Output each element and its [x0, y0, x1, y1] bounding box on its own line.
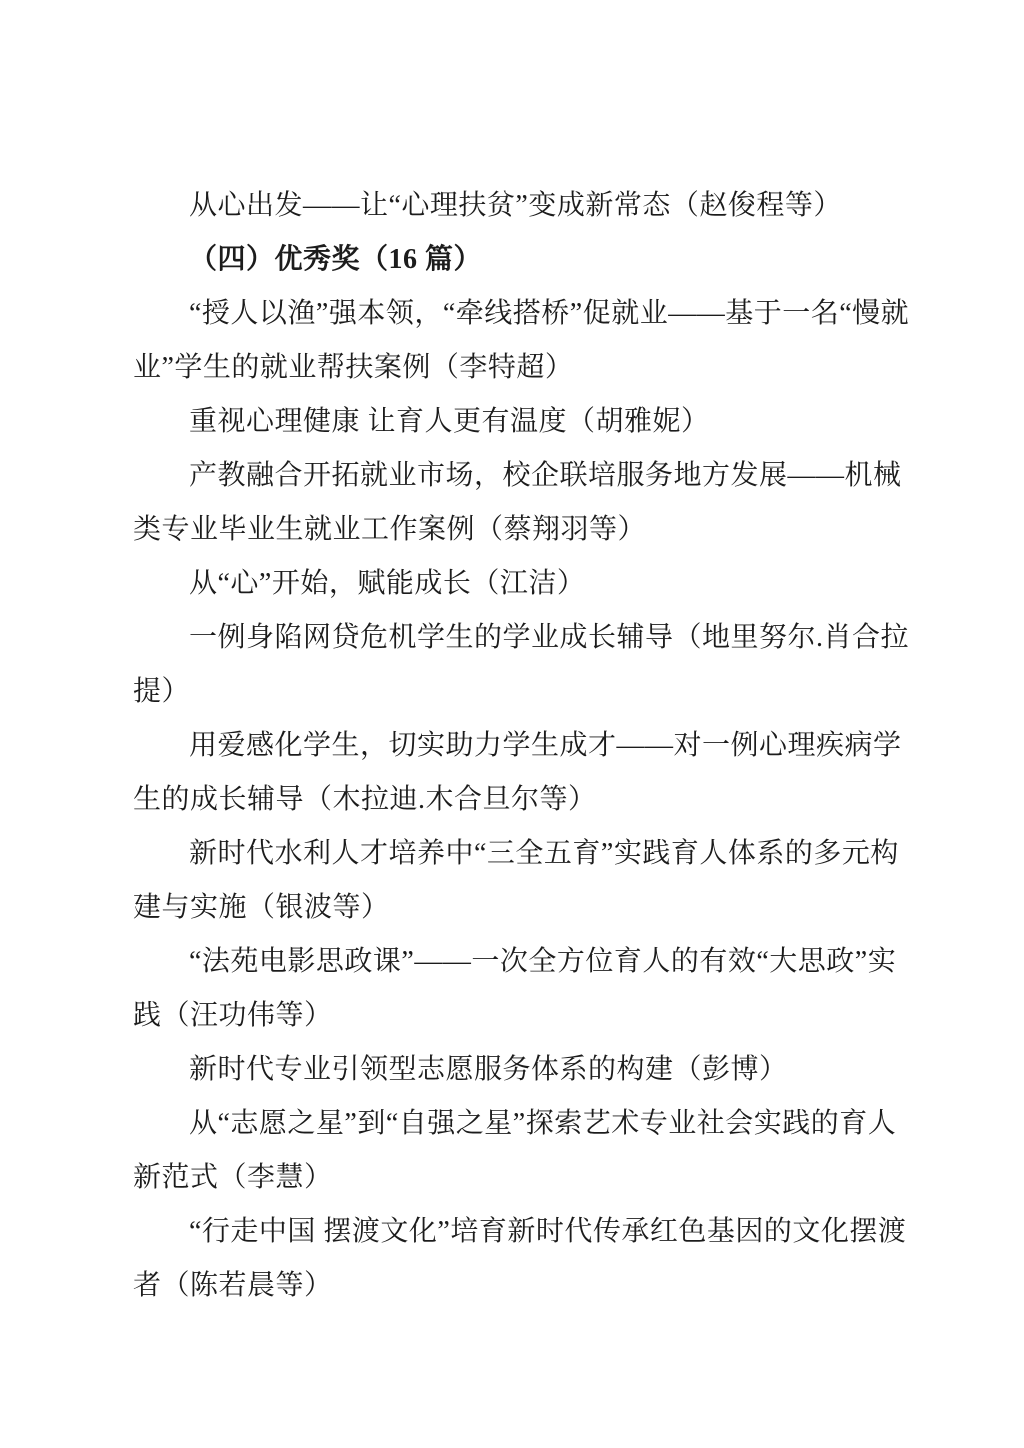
section-heading: （四）优秀奖（16 篇） [133, 233, 899, 287]
paragraph-line: 一例身陷网贷危机学生的学业成长辅导（地里努尔.肖合拉 [133, 611, 899, 665]
paragraph-line: 产教融合开拓就业市场，校企联培服务地方发展——机械 [133, 449, 899, 503]
paragraph-line: 从心出发——让“心理扶贫”变成新常态（赵俊程等） [133, 179, 899, 233]
paragraph-line: 生的成长辅导（木拉迪.木合旦尔等） [133, 773, 899, 827]
paragraph-line: 业”学生的就业帮扶案例（李特超） [133, 341, 899, 395]
paragraph-line: 新范式（李慧） [133, 1151, 899, 1205]
paragraph-line: 践（汪功伟等） [133, 989, 899, 1043]
document-page: 从心出发——让“心理扶贫”变成新常态（赵俊程等） （四）优秀奖（16 篇） “授… [0, 0, 1024, 1448]
paragraph-line: 建与实施（银波等） [133, 881, 899, 935]
paragraph-line: 重视心理健康 让育人更有温度（胡雅妮） [133, 395, 899, 449]
paragraph-line: “法苑电影思政课”——一次全方位育人的有效“大思政”实 [133, 935, 899, 989]
paragraph-line: “授人以渔”强本领，“牵线搭桥”促就业——基于一名“慢就 [133, 287, 899, 341]
paragraph-line: 从“心”开始，赋能成长（江洁） [133, 557, 899, 611]
paragraph-line: 新时代专业引领型志愿服务体系的构建（彭博） [133, 1043, 899, 1097]
paragraph-line: 从“志愿之星”到“自强之星”探索艺术专业社会实践的育人 [133, 1097, 899, 1151]
paragraph-line: 新时代水利人才培养中“三全五育”实践育人体系的多元构 [133, 827, 899, 881]
paragraph-line: 用爱感化学生，切实助力学生成才——对一例心理疾病学 [133, 719, 899, 773]
paragraph-line: “行走中国 摆渡文化”培育新时代传承红色基因的文化摆渡 [133, 1205, 899, 1259]
text-block: 从心出发——让“心理扶贫”变成新常态（赵俊程等） （四）优秀奖（16 篇） “授… [133, 179, 899, 1313]
paragraph-line: 提） [133, 665, 899, 719]
paragraph-line: 类专业毕业生就业工作案例（蔡翔羽等） [133, 503, 899, 557]
paragraph-line: 者（陈若晨等） [133, 1259, 899, 1313]
